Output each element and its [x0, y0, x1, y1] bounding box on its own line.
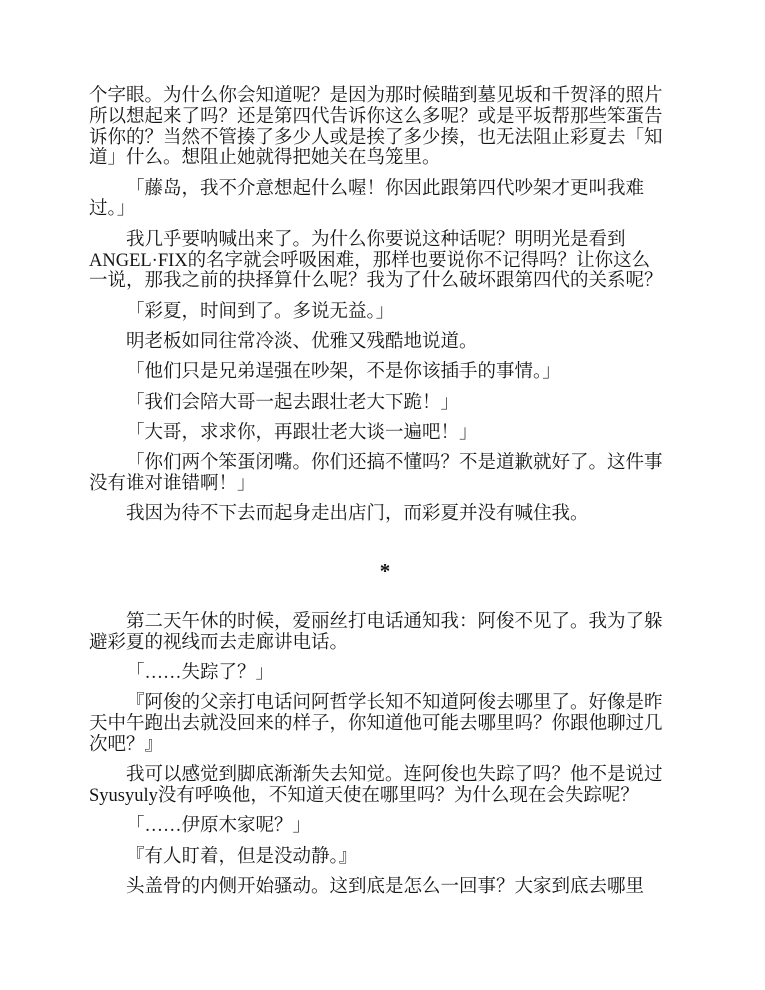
paragraph: 头盖骨的内侧开始骚动。这到底是怎么一回事？大家到底去哪里: [89, 877, 681, 898]
text-line: 避彩夏的视线而去走廊讲电话。: [89, 633, 681, 654]
text-line: 诉你的？当然不管揍了多少人或是挨了多少揍，也无法阻止彩夏去「知: [89, 128, 681, 149]
text-line: 第二天午休的时候，爱丽丝打电话通知我：阿俊不见了。我为了躲: [89, 612, 681, 633]
text-line: 『有人盯着，但是没动静。』: [89, 847, 681, 868]
paragraph: 我可以感觉到脚底渐渐失去知觉。连阿俊也失踪了吗？他不是说过Syusyuly没有呼…: [89, 765, 681, 807]
text-line: 我因为待不下去而起身走出店门，而彩夏并没有喊住我。: [89, 504, 681, 525]
paragraph: 我几乎要呐喊出来了。为什么你要说这种话呢？明明光是看到ANGEL·FIX的名字就…: [89, 230, 681, 292]
text-line: 所以想起来了吗？还是第四代告诉你这么多呢？或是平坂帮那些笨蛋告: [89, 107, 681, 128]
text-line: 「大哥，求求你，再跟壮老大谈一遍吧！」: [89, 423, 681, 444]
text-line: 没有谁对谁错啊！」: [89, 474, 681, 495]
text-line: 个字眼。为什么你会知道呢？是因为那时候瞄到墓见坂和千贺泽的照片: [89, 86, 681, 107]
paragraph: 「你们两个笨蛋闭嘴。你们还搞不懂吗？不是道歉就好了。这件事没有谁对谁错啊！」: [89, 453, 681, 495]
paragraph: 「……失踪了？」: [89, 663, 681, 684]
paragraph: 我因为待不下去而起身走出店门，而彩夏并没有喊住我。: [89, 504, 681, 525]
text-line: 「……伊原木家呢？」: [89, 816, 681, 837]
paragraph: 个字眼。为什么你会知道呢？是因为那时候瞄到墓见坂和千贺泽的照片所以想起来了吗？还…: [89, 86, 681, 169]
paragraph: 「彩夏，时间到了。多说无益。」: [89, 302, 681, 323]
text-line: 「我们会陪大哥一起去跟壮老大下跪！」: [89, 393, 681, 414]
paragraph: 「大哥，求求你，再跟壮老大谈一遍吧！」: [89, 423, 681, 444]
section-separator: *: [89, 561, 681, 582]
text-line: 『阿俊的父亲打电话问阿哲学长知不知道阿俊去哪里了。好像是昨: [89, 693, 681, 714]
paragraph: 『阿俊的父亲打电话问阿哲学长知不知道阿俊去哪里了。好像是昨天中午跑出去就没回来的…: [89, 693, 681, 755]
text-line: 明老板如同往常冷淡、优雅又残酷地说道。: [89, 332, 681, 353]
text-line: 头盖骨的内侧开始骚动。这到底是怎么一回事？大家到底去哪里: [89, 877, 681, 898]
text-line: 道」什么。想阻止她就得把她关在鸟笼里。: [89, 148, 681, 169]
text-line: 天中午跑出去就没回来的样子，你知道他可能去哪里吗？你跟他聊过几: [89, 714, 681, 735]
paragraph: 「藤岛，我不介意想起什么喔！你因此跟第四代吵架才更叫我难过。」: [89, 179, 681, 221]
text-line: ANGEL·FIX的名字就会呼吸困难，那样也要说你不记得吗？让你这么: [89, 251, 681, 272]
text-line: 「你们两个笨蛋闭嘴。你们还搞不懂吗？不是道歉就好了。这件事: [89, 453, 681, 474]
paragraph: 「他们只是兄弟逞强在吵架，不是你该插手的事情。」: [89, 362, 681, 383]
text-column: 个字眼。为什么你会知道呢？是因为那时候瞄到墓见坂和千贺泽的照片所以想起来了吗？还…: [89, 86, 681, 907]
paragraph: 『有人盯着，但是没动静。』: [89, 847, 681, 868]
text-line: 「……失踪了？」: [89, 663, 681, 684]
text-line: 过。」: [89, 199, 681, 220]
paragraph: 第二天午休的时候，爱丽丝打电话通知我：阿俊不见了。我为了躲避彩夏的视线而去走廊讲…: [89, 612, 681, 654]
paragraph: 「……伊原木家呢？」: [89, 816, 681, 837]
text-line: 「彩夏，时间到了。多说无益。」: [89, 302, 681, 323]
paragraph: 明老板如同往常冷淡、优雅又残酷地说道。: [89, 332, 681, 353]
text-line: 「藤岛，我不介意想起什么喔！你因此跟第四代吵架才更叫我难: [89, 179, 681, 200]
paragraph: 「我们会陪大哥一起去跟壮老大下跪！」: [89, 393, 681, 414]
text-line: 一说，那我之前的抉择算什么呢？我为了什么破坏跟第四代的关系呢？: [89, 271, 681, 292]
text-line: 我可以感觉到脚底渐渐失去知觉。连阿俊也失踪了吗？他不是说过: [89, 765, 681, 786]
novel-page: 个字眼。为什么你会知道呢？是因为那时候瞄到墓见坂和千贺泽的照片所以想起来了吗？还…: [0, 0, 765, 990]
text-line: 「他们只是兄弟逞强在吵架，不是你该插手的事情。」: [89, 362, 681, 383]
text-line: 我几乎要呐喊出来了。为什么你要说这种话呢？明明光是看到: [89, 230, 681, 251]
text-line: 次吧？』: [89, 735, 681, 756]
text-line: Syusyuly没有呼唤他，不知道天使在哪里吗？为什么现在会失踪呢？: [89, 786, 681, 807]
